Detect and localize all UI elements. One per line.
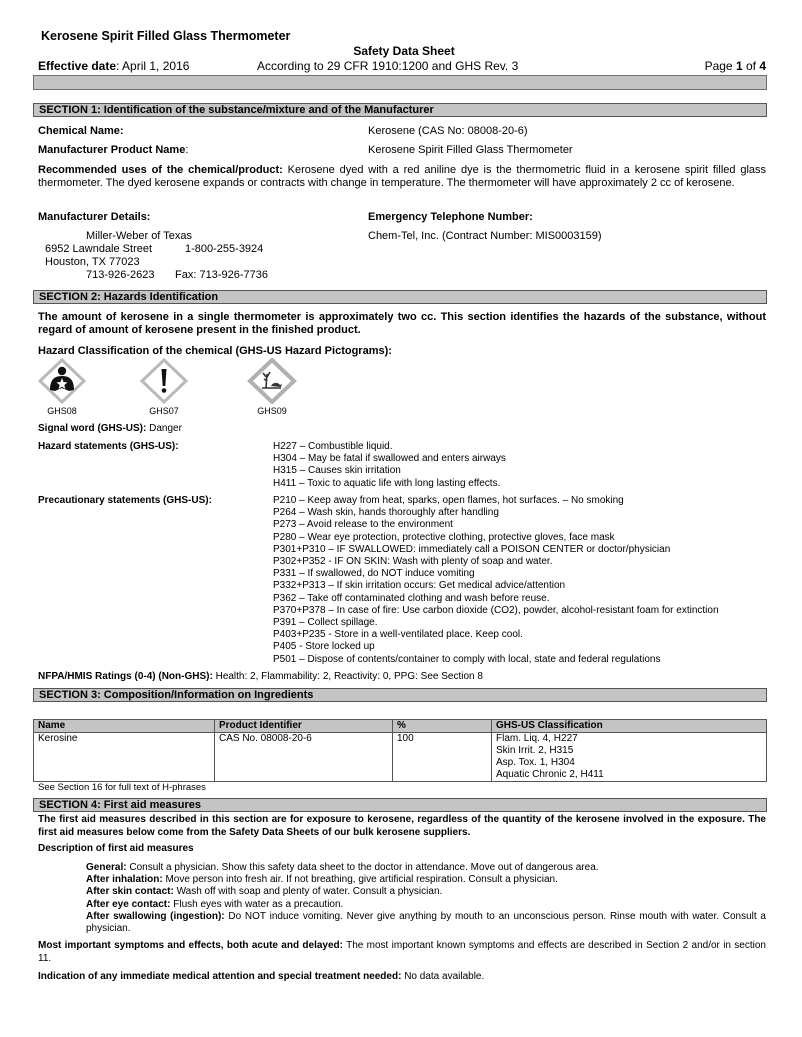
page-prefix: Page [705,59,736,73]
ingredient-percent: 100 [393,733,492,782]
page-of: of [743,59,760,73]
signal-word-label: Signal word (GHS-US): [38,423,146,434]
manufacturer-fax: Fax: 713-926-7736 [175,269,268,281]
section-3-header: SECTION 3: Composition/Information on In… [33,688,767,702]
precautionary-statement: P501 – Dispose of contents/container to … [273,654,719,666]
table-row: Kerosine CAS No. 08008-20-6 100 Flam. Li… [34,733,767,782]
section-1-header: SECTION 1: Identification of the substan… [33,103,767,117]
precautionary-statement: P302+P352 - IF ON SKIN: Wash with plenty… [273,556,719,568]
header-divider-bar [33,75,767,90]
h-phrases-footnote: See Section 16 for full text of H-phrase… [38,782,206,793]
page-current: 1 [736,59,743,73]
product-name-value: Kerosene Spirit Filled Glass Thermometer [368,144,573,156]
effective-date-label: Effective date [38,59,116,73]
health-hazard-icon [37,358,87,404]
first-aid-general: General: Consult a physician. Show this … [86,862,766,874]
emergency-phone-value: Chem-Tel, Inc. (Contract Number: MIS0003… [368,230,602,242]
precautionary-statement: P391 – Collect spillage. [273,617,719,629]
emergency-phone-label: Emergency Telephone Number: [368,211,533,223]
hazard-statement: H304 – May be fatal if swallowed and ent… [273,453,506,465]
first-aid-eye: After eye contact: Flush eyes with water… [86,899,766,911]
recommended-uses: Recommended uses of the chemical/product… [38,164,766,190]
precautionary-statement: P210 – Keep away from heat, sparks, open… [273,495,719,507]
hazard-statement: H315 – Causes skin irritation [273,465,506,477]
hazards-intro: The amount of kerosene in a single therm… [38,311,766,337]
precautionary-statement: P362 – Take off contaminated clothing an… [273,593,719,605]
composition-table: Name Product Identifier % GHS-US Classif… [33,719,767,782]
first-aid-inhalation: After inhalation: Move person into fresh… [86,874,766,886]
pictogram-ghs08: GHS08 [32,358,92,416]
measure-label: After eye contact: [86,899,170,910]
effective-date-value: April 1, 2016 [122,59,189,73]
measure-label: After swallowing (ingestion): [86,911,225,922]
precautionary-statement: P301+P310 – IF SWALLOWED: immediately ca… [273,544,719,556]
column-header-classification: GHS-US Classification [492,720,767,733]
pictogram-code: GHS09 [242,406,302,416]
pictogram-code: GHS07 [134,406,194,416]
measure-text: Flush eyes with water as a precaution. [170,899,343,910]
environment-icon [247,358,297,404]
table-header-row: Name Product Identifier % GHS-US Classif… [34,720,767,733]
product-name-colon: : [185,144,188,156]
measure-label: After inhalation: [86,874,163,885]
measure-text: Move person into fresh air. If not breat… [163,874,558,885]
manufacturer-street: 6952 Lawndale Street [45,243,152,255]
classification-item: Skin Irrit. 2, H315 [496,745,762,757]
hazard-statements-label: Hazard statements (GHS-US): [38,441,179,452]
precautionary-statement: P331 – If swallowed, do NOT induce vomit… [273,568,719,580]
first-aid-skin: After skin contact: Wash off with soap a… [86,886,766,898]
precautionary-statements-label: Precautionary statements (GHS-US): [38,495,212,506]
first-aid-intro: The first aid measures described in this… [38,814,766,839]
first-aid-measures: General: Consult a physician. Show this … [86,862,766,935]
measure-text: Wash off with soap and plenty of water. … [174,886,442,897]
chemical-name-label: Chemical Name: [38,125,124,137]
signal-word-value: Danger [149,423,182,434]
ingredient-classification: Flam. Liq. 4, H227 Skin Irrit. 2, H315 A… [492,733,767,782]
signal-word: Signal word (GHS-US): Danger [38,423,182,434]
column-header-percent: % [393,720,492,733]
page-indicator: Page 1 of 4 [705,59,766,73]
precautionary-statement: P264 – Wash skin, hands thoroughly after… [273,507,719,519]
exclamation-mark-icon [139,358,189,404]
ingredient-identifier: CAS No. 08008-20-6 [215,733,393,782]
hazard-statements-list: H227 – Combustible liquid. H304 – May be… [273,441,506,490]
measure-label: General: [86,862,127,873]
page-total: 4 [759,59,766,73]
product-name-label: Manufacturer Product Name [38,144,185,156]
regulation-reference: According to 29 CFR 1910:1200 and GHS Re… [257,59,518,73]
precautionary-statement: P403+P235 - Store in a well-ventilated p… [273,629,719,641]
hazard-statement: H227 – Combustible liquid. [273,441,506,453]
medical-attention-label: Indication of any immediate medical atte… [38,971,401,982]
product-title: Kerosene Spirit Filled Glass Thermometer [41,29,290,43]
classification-item: Flam. Liq. 4, H227 [496,733,762,745]
effective-date: Effective date: April 1, 2016 [38,59,189,73]
column-header-identifier: Product Identifier [215,720,393,733]
manufacturer-city: Houston, TX 77023 [45,256,140,268]
nfpa-ratings: NFPA/HMIS Ratings (0-4) (Non-GHS): Healt… [38,671,483,682]
product-name-row: Manufacturer Product Name: [38,144,188,156]
pictogram-ghs09: GHS09 [242,358,302,416]
chemical-name-value: Kerosene (CAS No: 08008-20-6) [368,125,528,137]
manufacturer-phone: 1-800-255-3924 [185,243,263,255]
first-aid-description-label: Description of first aid measures [38,843,194,854]
precautionary-statement: P280 – Wear eye protection, protective c… [273,532,719,544]
ingredient-name: Kerosine [34,733,215,782]
symptoms-effects: Most important symptoms and effects, bot… [38,940,766,965]
section-4-header: SECTION 4: First aid measures [33,798,767,812]
column-header-name: Name [34,720,215,733]
classification-item: Aquatic Chronic 2, H411 [496,769,762,781]
precautionary-statement: P405 - Store locked up [273,641,719,653]
classification-item: Asp. Tox. 1, H304 [496,757,762,769]
hazard-statement: H411 – Toxic to aquatic life with long l… [273,478,506,490]
sds-page: Kerosene Spirit Filled Glass Thermometer… [0,0,802,1037]
first-aid-swallowing: After swallowing (ingestion): Do NOT ind… [86,911,766,935]
precautionary-statement: P332+P313 – If skin irritation occurs: G… [273,580,719,592]
symptoms-label: Most important symptoms and effects, bot… [38,940,343,951]
manufacturer-local-phone: 713-926-2623 [86,269,155,281]
manufacturer-details-label: Manufacturer Details: [38,211,150,223]
precautionary-statement: P370+P378 – In case of fire: Use carbon … [273,605,719,617]
precautionary-statements-list: P210 – Keep away from heat, sparks, open… [273,495,719,666]
medical-attention-text: No data available. [401,971,484,982]
measure-label: After skin contact: [86,886,174,897]
recommended-uses-label: Recommended uses of the chemical/product… [38,164,283,176]
measure-text: Consult a physician. Show this safety da… [127,862,599,873]
hazard-classification-label: Hazard Classification of the chemical (G… [38,345,392,357]
nfpa-ratings-label: NFPA/HMIS Ratings (0-4) (Non-GHS): [38,671,213,682]
section-2-header: SECTION 2: Hazards Identification [33,290,767,304]
document-type: Safety Data Sheet [0,44,802,58]
pictogram-ghs07: GHS07 [134,358,194,416]
medical-attention: Indication of any immediate medical atte… [38,971,484,982]
manufacturer-name: Miller-Weber of Texas [86,230,192,242]
precautionary-statement: P273 – Avoid release to the environment [273,519,719,531]
nfpa-ratings-value: Health: 2, Flammability: 2, Reactivity: … [213,671,483,682]
pictogram-code: GHS08 [32,406,92,416]
